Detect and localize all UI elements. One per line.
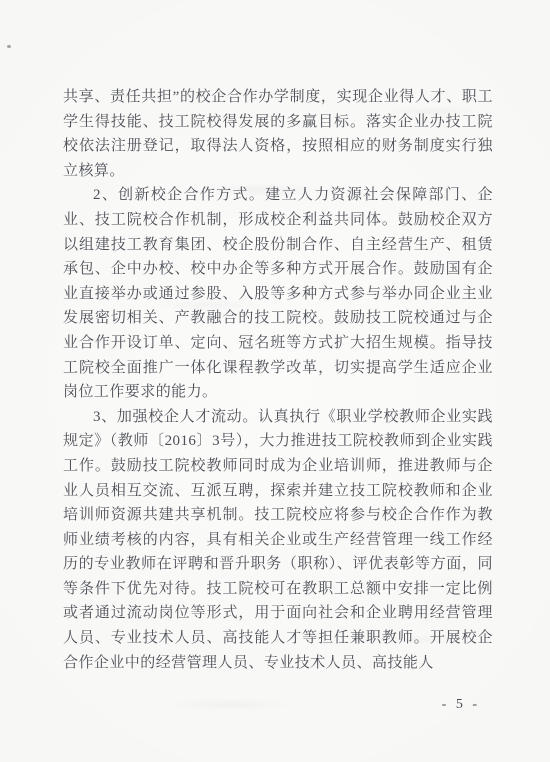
body-paragraph: 3、加强校企人才流动。认真执行《职业学校教师企业实践规定》（教师〔2016〕3号… bbox=[63, 405, 493, 676]
document-page: 共享、责任共担”的校企合作办学制度，实现企业得人才、职工学生得技能、技工院校得发… bbox=[0, 0, 550, 762]
document-body: 共享、责任共担”的校企合作办学制度，实现企业得人才、职工学生得技能、技工院校得发… bbox=[63, 85, 493, 675]
page-number: - 5 - bbox=[442, 697, 480, 713]
body-paragraph: 共享、责任共担”的校企合作办学制度，实现企业得人才、职工学生得技能、技工院校得发… bbox=[63, 85, 493, 183]
body-paragraph: 2、创新校企合作方式。建立人力资源社会保障部门、企业、技工院校合作机制，形成校企… bbox=[63, 183, 493, 404]
scan-speck bbox=[7, 45, 11, 48]
